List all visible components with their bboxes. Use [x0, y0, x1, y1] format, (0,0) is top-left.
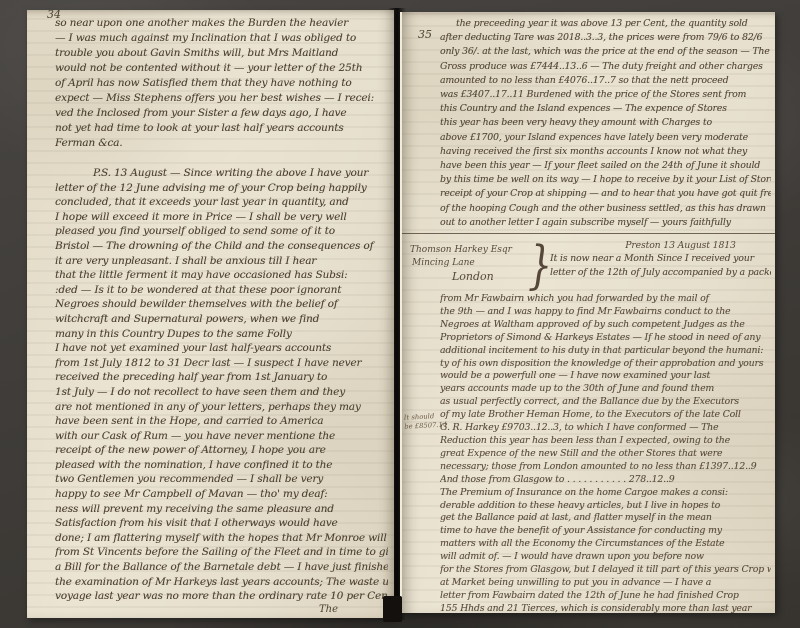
letter-divider-line: [402, 233, 775, 234]
manuscript-line: trouble you about Gavin Smiths will, but…: [55, 46, 388, 61]
manuscript-line: at Market being unwilling to put you in …: [440, 577, 771, 590]
manuscript-line: 1st July — I do not recollect to have se…: [55, 385, 388, 400]
manuscript-line: Thomson Harkey Esqr: [410, 244, 540, 257]
letter-closing-paragraph: so near upon one another makes the Burde…: [27, 10, 394, 151]
photograph-backdrop: 34 so near upon one another makes the Bu…: [0, 0, 800, 628]
manuscript-line: It is now near a Month Since I received …: [550, 252, 771, 266]
second-letter-heading: Thomson Harkey EsqrMincing LaneLondon } …: [402, 237, 775, 293]
manuscript-line: Bristol — The drowning of the Child and …: [55, 239, 388, 254]
manuscript-line: Proprietors of Simond & Harkeys Estates …: [440, 332, 771, 345]
manuscript-line: above £1700, your Island expences have l…: [440, 131, 771, 145]
manuscript-line: derable addition to these heavy articles…: [440, 500, 771, 513]
manuscript-line: letter of the 12th of July accompanied b…: [550, 266, 771, 280]
letter-opening-block: Preston 13 August 1813 It is now near a …: [550, 239, 771, 279]
manuscript-line: ty of his own disposition the knowledge …: [440, 358, 771, 371]
manuscript-line: two Gentlemen you recommended — I shall …: [55, 472, 388, 487]
manuscript-line: necessary; those from London amounted to…: [440, 461, 771, 474]
manuscript-line: expect — Miss Stephens offers you her be…: [55, 91, 388, 106]
manuscript-line: And those from Glasgow to . . . . . . . …: [440, 474, 771, 487]
manuscript-line: are not mentioned in any of your letters…: [55, 400, 388, 415]
manuscript-line: I have not yet examined your last half-y…: [55, 341, 388, 356]
manuscript-line: the 9th — and I was happy to find Mr Faw…: [440, 306, 771, 319]
catchword: The: [27, 604, 394, 616]
manuscript-line: pleased you find yourself obliged to sen…: [55, 224, 388, 239]
manuscript-page-right: 35 the preceeding year it was above 13 p…: [400, 12, 775, 613]
manuscript-line: letter from Fawbairn dated the 12th of J…: [440, 590, 771, 603]
manuscript-line: was £3407..17..11 Burdened with the pric…: [440, 88, 771, 102]
manuscript-line: time to have the benefit of your Assista…: [440, 525, 771, 538]
manuscript-line: happy to see Mr Campbell of Mavan — tho'…: [55, 487, 388, 502]
manuscript-line: amounted to no less than £4076..17..7 so…: [440, 74, 771, 88]
manuscript-line: receipt of the new power of Attorney, I …: [55, 443, 388, 458]
manuscript-line: with our Cask of Rum — you have never me…: [55, 429, 388, 444]
manuscript-line: for the Stores from Glasgow, but I delay…: [440, 564, 771, 577]
manuscript-line: the examination of Mr Harkeys last years…: [55, 575, 388, 590]
manuscript-line: the preceeding year it was above 13 per …: [440, 17, 771, 31]
manuscript-line: ness will prevent my receiving the same …: [55, 502, 388, 517]
manuscript-line: 155 Hhds and 21 Tierces, which is consid…: [440, 603, 771, 613]
manuscript-line: The Premium of Insurance on the home Car…: [440, 487, 771, 500]
manuscript-line: witchcraft and Supernatural powers, when…: [55, 312, 388, 327]
manuscript-line: pleased with the nomination, I have conf…: [55, 458, 388, 473]
letter-continuation-paragraph: the preceeding year it was above 13 per …: [402, 12, 775, 230]
manuscript-line: done; I am flattering myself with the ho…: [55, 531, 388, 546]
manuscript-line: P.S. 13 August — Since writing the above…: [55, 166, 388, 181]
manuscript-line: by this time be well on its way — I hope…: [440, 173, 771, 187]
manuscript-line: I hope will exceed it more in Price — I …: [55, 210, 388, 225]
dateline: Preston 13 August 1813: [550, 239, 771, 252]
manuscript-line: get the Ballance paid at last, and flatt…: [440, 512, 771, 525]
recipient-address: Thomson Harkey EsqrMincing LaneLondon: [410, 244, 540, 283]
manuscript-line: voyage last year was no more than the or…: [55, 589, 388, 604]
page-number-left: 34: [47, 10, 61, 21]
manuscript-line: as usual perfectly correct, and the Ball…: [440, 396, 771, 409]
manuscript-line: great Expence of the new Still and the o…: [440, 448, 771, 461]
manuscript-line: London: [410, 270, 540, 283]
manuscript-line: have been this year — If your fleet sail…: [440, 159, 771, 173]
manuscript-line: Reduction this year has been less than I…: [440, 435, 771, 448]
manuscript-line: that the little ferment it may have occa…: [55, 268, 388, 283]
manuscript-line: this Country and the Island expences — T…: [440, 102, 771, 116]
manuscript-line: it are very unpleasant. I shall be anxio…: [55, 254, 388, 269]
manuscript-line: will admit of. — I would have drawn upon…: [440, 551, 771, 564]
manuscript-line: having received the first six months acc…: [440, 145, 771, 159]
manuscript-line: Negroes should bewilder themselves with …: [55, 297, 388, 312]
postscript-paragraph: P.S. 13 August — Since writing the above…: [27, 160, 394, 604]
manuscript-line: :ded — Is it to be wondered at that thes…: [55, 283, 388, 298]
manuscript-line: of my late Brother Heman Home, to the Ex…: [440, 409, 771, 422]
margin-correction-note: It shouldbe £8507.14: [404, 410, 473, 431]
manuscript-line: out to another letter I again subscribe …: [440, 216, 771, 230]
manuscript-line: from Mr Fawbairn which you had forwarded…: [440, 293, 771, 306]
manuscript-line: not yet had time to look at your last ha…: [55, 121, 388, 136]
manuscript-line: additional incitement to his duty in tha…: [440, 345, 771, 358]
manuscript-line: letter of the 12 June advising me of you…: [55, 181, 388, 196]
manuscript-line: received the preceding half year from 1s…: [55, 370, 388, 385]
page-number-right: 35: [418, 28, 432, 41]
manuscript-line: concluded, that it exceeds your last yea…: [55, 195, 388, 210]
manuscript-line: after deducting Tare was 2018..3..3, the…: [440, 31, 771, 45]
manuscript-line: a Bill for the Ballance of the Barnetale…: [55, 560, 388, 575]
manuscript-line: from 1st July 1812 to 31 Decr last — I s…: [55, 356, 388, 371]
manuscript-line: would not be contented without it — your…: [55, 61, 388, 76]
manuscript-line: of April has now Satisfied them that the…: [55, 76, 388, 91]
manuscript-line: have been sent in the Hope, and carried …: [55, 414, 388, 429]
book-gutter-notch: [383, 596, 402, 622]
manuscript-line: G. R. Harkey £9703..12..3, to which I ha…: [440, 422, 771, 435]
manuscript-page-left: 34 so near upon one another makes the Bu…: [27, 10, 394, 618]
manuscript-line: — I was much against my Inclination that…: [55, 31, 388, 46]
manuscript-line: receipt of your Crop at shipping — and t…: [440, 187, 771, 201]
manuscript-line: would be a powerfull one — I have now ex…: [440, 370, 771, 383]
manuscript-line: Ferman &ca.: [55, 136, 388, 151]
manuscript-line: of the hooping Cough and the other busin…: [440, 202, 771, 216]
manuscript-line: this year has been very heavy they amoun…: [440, 116, 771, 130]
manuscript-line: years accounts made up to the 30th of Ju…: [440, 383, 771, 396]
manuscript-line: many in this Country Dupes to the same F…: [55, 327, 388, 342]
manuscript-line: ved the Inclosed from your Sister a few …: [55, 106, 388, 121]
manuscript-line: only 36/. at the last, which was the pri…: [440, 45, 771, 59]
address-brace: }: [528, 230, 552, 300]
letter-opening-lines: It is now near a Month Since I received …: [550, 252, 771, 279]
manuscript-line: Satisfaction from his visit that I other…: [55, 516, 388, 531]
manuscript-line: so near upon one another makes the Burde…: [55, 16, 388, 31]
manuscript-line: Mincing Lane: [410, 257, 540, 270]
manuscript-line: Negroes at Waltham approved of by such c…: [440, 319, 771, 332]
manuscript-line: Gross produce was £7444..13..6 — The dut…: [440, 60, 771, 74]
second-letter-body: from Mr Fawbairn which you had forwarded…: [402, 293, 775, 613]
manuscript-line: from St Vincents before the Sailing of t…: [55, 545, 388, 560]
manuscript-line: matters with all the Economy the Circums…: [440, 538, 771, 551]
